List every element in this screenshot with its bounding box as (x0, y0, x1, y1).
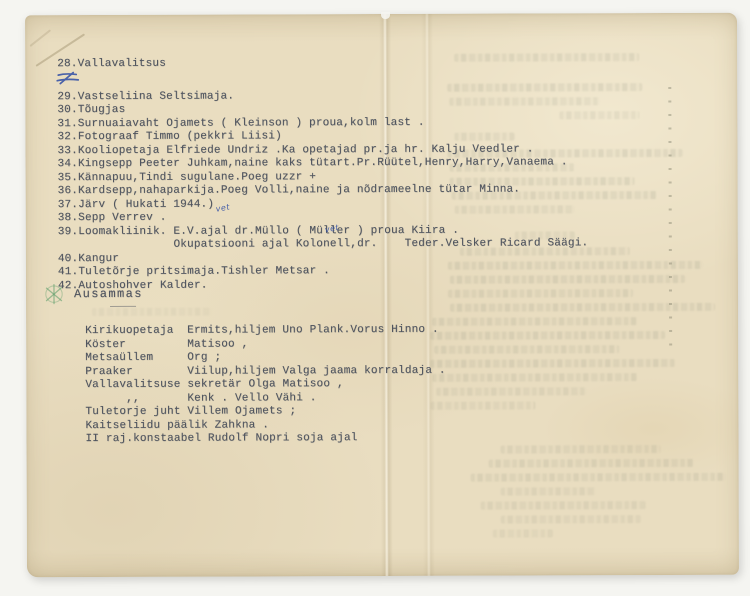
scan-background: 28.Vallavalitsus29.Vastseliina Seltsimaj… (0, 0, 750, 596)
bleedthrough-line (436, 387, 586, 396)
section-heading-row: Ausammas (43, 282, 143, 306)
bleedthrough-line (430, 359, 675, 368)
fold-edge-notch (381, 12, 390, 19)
bleedthrough-line (471, 473, 726, 482)
typed-line: Metsaüllem Org ; (85, 351, 446, 366)
scribble-gap (57, 70, 588, 91)
typed-line: Tuletorje juht Villem Ojamets ; (85, 405, 446, 420)
bleedthrough-line (501, 515, 641, 523)
typed-line: ,, Kenk . Vello Vähi . (85, 391, 446, 406)
bleedthrough-line (432, 373, 637, 382)
bleedthrough-line (489, 459, 694, 468)
typed-line: Kaitseliidu päälik Zahkna . (85, 418, 446, 433)
typed-line: II raj.konstaabel Rudolf Nopri soja ajal (85, 432, 446, 447)
numbered-list: 28.Vallavalitsus29.Vastseliina Seltsimaj… (57, 56, 588, 293)
typed-line: Köster Matisoo , (85, 337, 446, 352)
bleedthrough-dot-column (668, 87, 672, 347)
bleedthrough-line (430, 401, 535, 409)
bleedthrough-line (501, 445, 661, 454)
blue-ink-scribble-icon (55, 71, 81, 86)
typed-line: 34.Kingsepp Peeter Juhkam,naine kaks tüt… (58, 156, 589, 171)
document-paper: 28.Vallavalitsus29.Vastseliina Seltsimaj… (25, 13, 739, 577)
officials-list: Kirikuopetaja Ermits,hiljem Uno Plank.Vo… (85, 324, 446, 447)
typed-line: Vallavalitsuse sekretär Olga Matisoo , (85, 378, 446, 393)
bleedthrough-line (450, 303, 715, 312)
bleedthrough-line (481, 501, 646, 510)
section-heading: Ausammas (74, 287, 143, 301)
green-star-stamp-icon (43, 283, 65, 305)
bleedthrough-line (434, 345, 619, 354)
typed-line: Kirikuopetaja Ermits,hiljem Uno Plank.Vo… (85, 324, 446, 339)
bleedthrough-line (430, 331, 665, 340)
typed-line: Okupatsiooni ajal Kolonell,dr. Teder.Vel… (58, 237, 589, 252)
bleedthrough-line (493, 529, 553, 537)
typed-line: Praaker Viilup,hiljem Valga jaama korral… (85, 364, 446, 379)
typed-line: 36.Kardsepp,nahaparkija.Poeg Volli,naine… (58, 183, 589, 198)
bleedthrough-line (92, 308, 212, 316)
corner-fold-crease-2 (29, 29, 50, 46)
bleedthrough-line (432, 317, 637, 326)
bleedthrough-line (501, 487, 596, 495)
heading-underline (110, 306, 136, 307)
